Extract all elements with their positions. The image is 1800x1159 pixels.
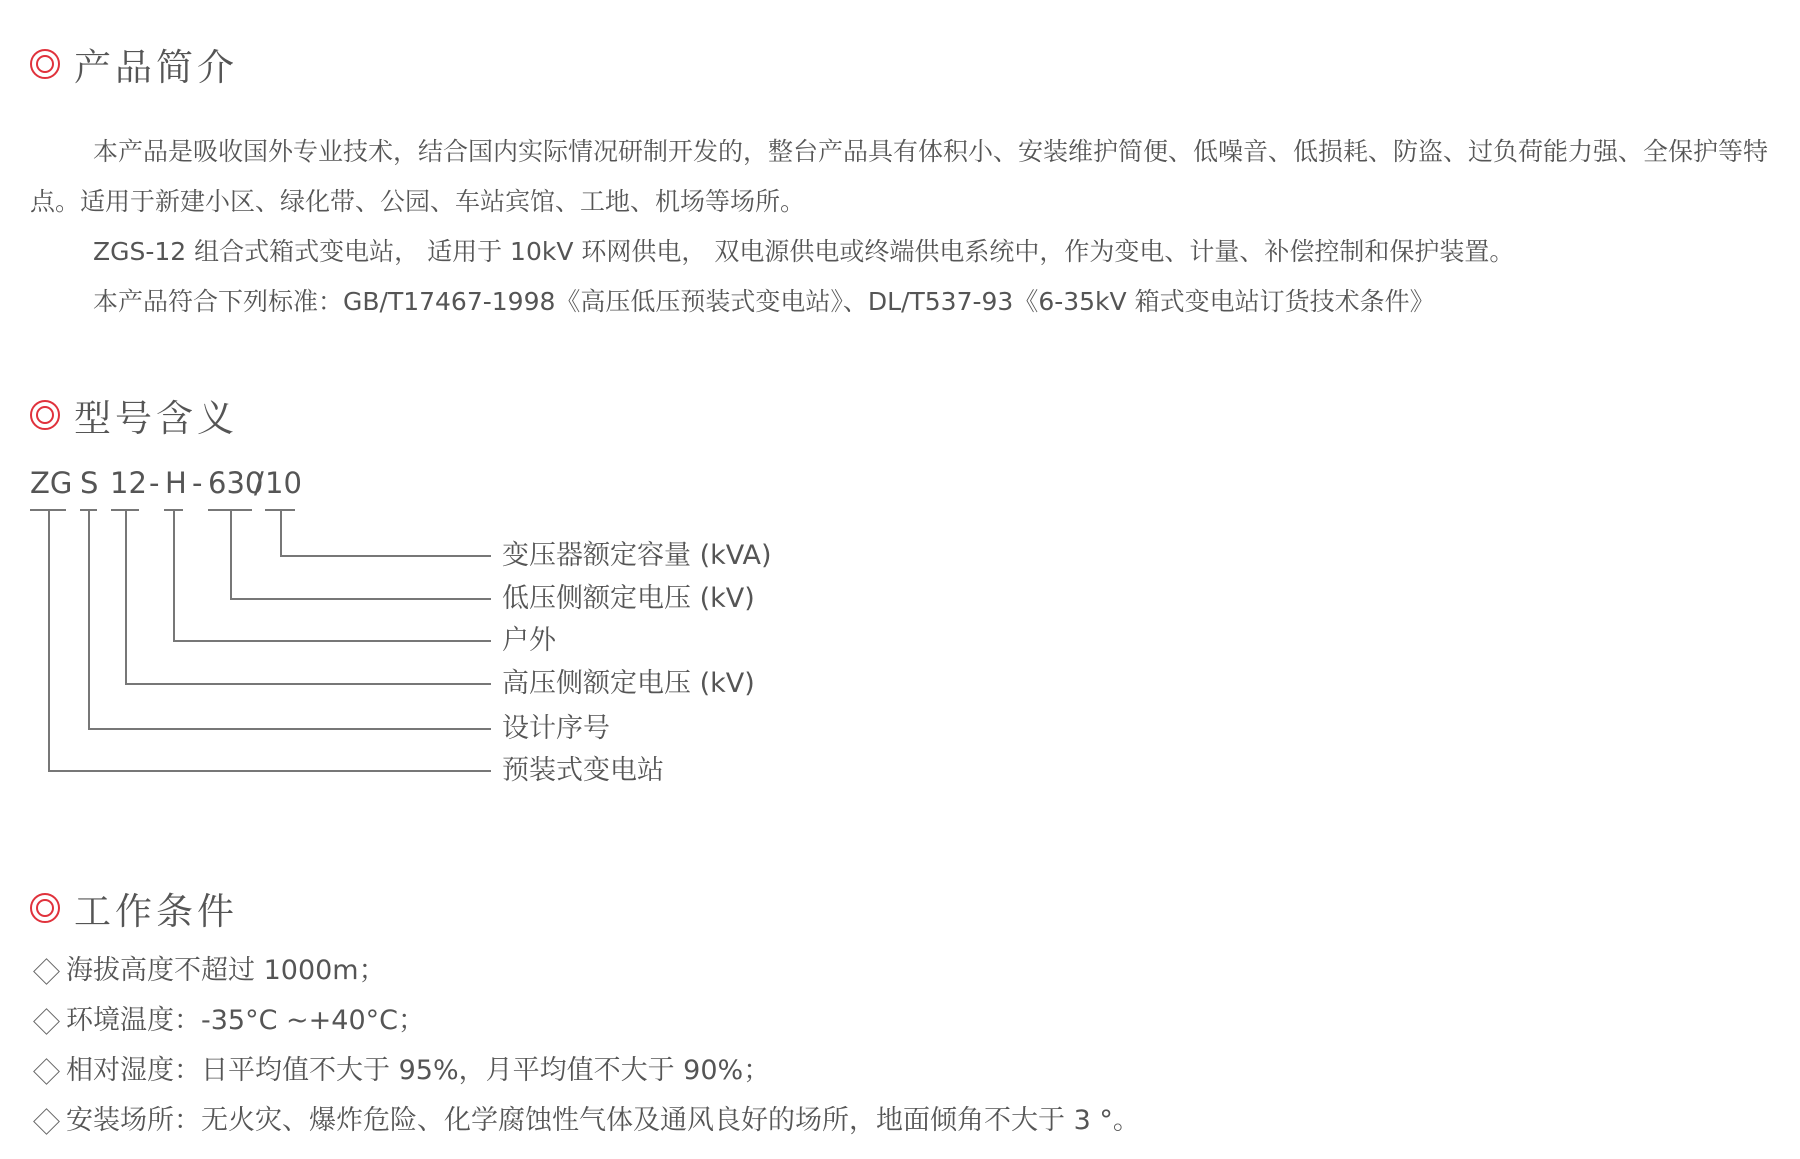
connector-horizontal-s — [88, 728, 491, 730]
section-title-text: 工作条件 — [74, 881, 238, 935]
connector-horizontal-h — [173, 640, 491, 642]
code-part-h: H — [165, 466, 187, 500]
code-part-12: 12 — [110, 466, 147, 500]
condition-altitude: 海拔高度不超过 1000m； — [30, 951, 386, 991]
intro-paragraph-2: ZGS-12 组合式箱式变电站， 适用于 10kV 环网供电， 双电源供电或终端… — [30, 227, 1775, 277]
intro-paragraph-1: 本产品是吸收国外专业技术，结合国内实际情况研制开发的，整台产品具有体积小、安装维… — [30, 127, 1775, 227]
meaning-label-design-serial: 设计序号 — [502, 711, 610, 747]
connector-horizontal-10 — [280, 555, 491, 557]
connector-vertical-630 — [230, 510, 232, 599]
connector-vertical-s — [88, 510, 90, 729]
code-separator-slash: / — [254, 466, 264, 500]
section-title-text: 产品简介 — [74, 37, 238, 91]
section-title-model: 型号含义 — [30, 393, 238, 437]
section-title-text: 型号含义 — [74, 388, 238, 442]
meaning-label-outdoor: 户外 — [502, 623, 556, 659]
connector-vertical-10 — [280, 510, 282, 556]
intro-paragraph-3: 本产品符合下列标准：GB/T17467-1998《高压低压预装式变电站》、DL/… — [30, 277, 1775, 327]
condition-text: 环境温度：-35°C ~+40°C； — [66, 1001, 425, 1041]
connector-horizontal-zg — [48, 770, 491, 772]
code-part-10: 10 — [265, 466, 302, 500]
meaning-label-lv-voltage: 低压侧额定电压 (kV) — [502, 581, 755, 617]
section-title-conditions: 工作条件 — [30, 886, 238, 930]
condition-text: 海拔高度不超过 1000m； — [66, 951, 386, 991]
condition-installation-site: 安装场所：无火灾、爆炸危险、化学腐蚀性气体及通风良好的场所，地面倾角不大于 3 … — [30, 1101, 1140, 1141]
meaning-label-hv-voltage: 高压侧额定电压 (kV) — [502, 666, 755, 702]
condition-text: 相对湿度：日平均值不大于 95%，月平均值不大于 90%； — [66, 1051, 770, 1091]
condition-temperature: 环境温度：-35°C ~+40°C； — [30, 1001, 425, 1041]
code-part-zg: ZG — [30, 466, 72, 500]
diamond-icon — [33, 958, 60, 985]
diamond-icon — [33, 1108, 60, 1135]
code-separator: - — [192, 466, 202, 500]
section-title-intro: 产品简介 — [30, 42, 238, 86]
connector-horizontal-12 — [125, 683, 491, 685]
diamond-icon — [33, 1008, 60, 1035]
connector-vertical-zg — [48, 510, 50, 771]
double-ring-icon — [30, 400, 60, 430]
code-part-s: S — [80, 466, 98, 500]
connector-vertical-h — [173, 510, 175, 641]
condition-humidity: 相对湿度：日平均值不大于 95%，月平均值不大于 90%； — [30, 1051, 770, 1091]
connector-vertical-12 — [125, 510, 127, 684]
diamond-icon — [33, 1058, 60, 1085]
double-ring-icon — [30, 49, 60, 79]
connector-horizontal-630 — [230, 598, 491, 600]
condition-text: 安装场所：无火灾、爆炸危险、化学腐蚀性气体及通风良好的场所，地面倾角不大于 3 … — [66, 1101, 1140, 1141]
meaning-label-prefab-substation: 预装式变电站 — [502, 753, 664, 789]
double-ring-icon — [30, 893, 60, 923]
meaning-label-capacity: 变压器额定容量 (kVA) — [502, 538, 772, 574]
code-separator: - — [149, 466, 159, 500]
